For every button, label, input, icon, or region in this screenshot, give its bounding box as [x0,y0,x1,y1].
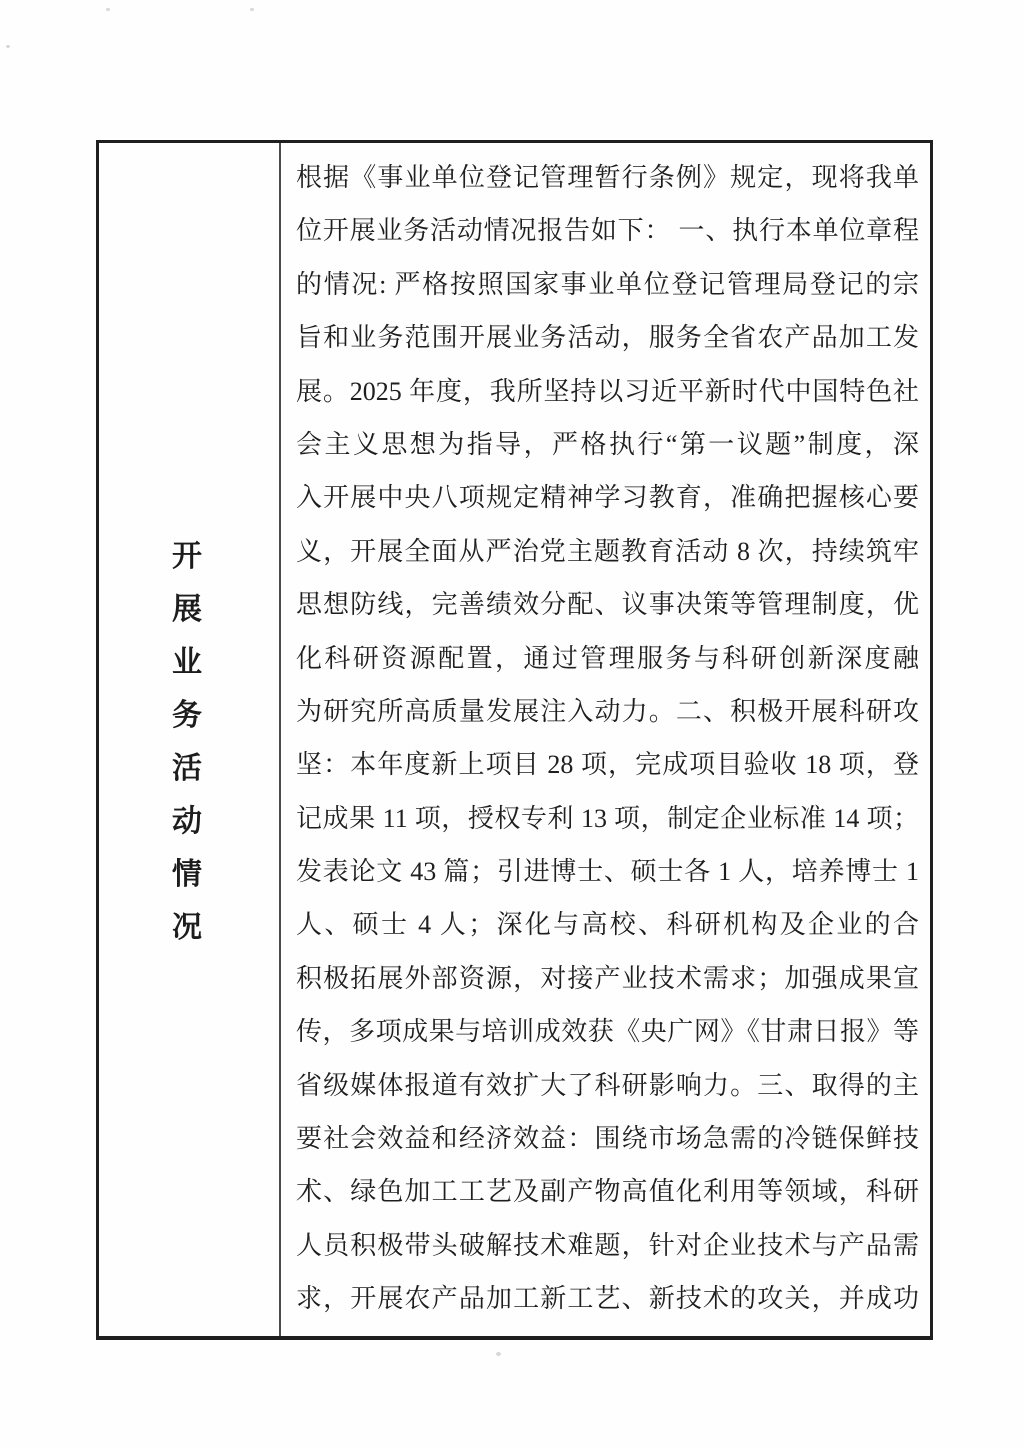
report-line: 记成果 11 项，授权专利 13 项，制定企业标准 14 项； [296,792,919,845]
row-header-char: 业 [172,648,202,678]
scan-speck [106,8,110,11]
report-line: 坚：本年度新上项目 28 项，完成项目验收 18 项，登 [296,738,919,791]
report-line: 术、绿色加工工艺及副产物高值化利用等领域，科研 [296,1165,919,1218]
report-line: 为研究所高质量发展注入动力。二、积极开展科研攻 [296,685,919,738]
report-line: 积极拓展外部资源，对接产业技术需求；加强成果宣 [296,952,919,1005]
report-line: 发表论文 43 篇；引进博士、硕士各 1 人，培养博士 1 [296,845,919,898]
row-header-label: 开 展 业 务 活 动 情 况 [99,542,275,943]
report-line: 传，多项成果与培训成效获《央广网》《甘肃日报》等 [296,1005,919,1058]
report-table: 开 展 业 务 活 动 情 况 根据《事业单位登记管理暂行条例》规定，现将我单 … [96,140,933,1340]
row-header-char: 开 [172,542,202,572]
report-line: 人、硕士 4 人；深化与高校、科研机构及企业的合作， [296,898,919,951]
report-line: 思想防线，完善绩效分配、议事决策等管理制度，优 [296,578,919,631]
row-header-char: 活 [172,754,202,784]
document-page: 开 展 业 务 活 动 情 况 根据《事业单位登记管理暂行条例》规定，现将我单 … [0,0,1024,1447]
report-line: 位开展业务活动情况报告如下： 一、执行本单位章程 [296,204,919,257]
report-line: 人员积极带头破解技术难题，针对企业技术与产品需 [296,1219,919,1272]
report-line: 会主义思想为指导，严格执行“第一议题”制度，深 [296,418,919,471]
row-header-char: 况 [172,913,202,943]
report-line: 要社会效益和经济效益：围绕市场急需的冷链保鲜技 [296,1112,919,1165]
row-header-char: 展 [172,595,202,625]
row-header-char: 务 [172,701,202,731]
scan-speck [6,45,10,48]
scan-speck [496,1352,501,1356]
report-line: 化科研资源配置，通过管理服务与科研创新深度融合， [296,632,919,685]
report-line: 展。2025 年度，我所坚持以习近平新时代中国特色社 [296,365,919,418]
report-line: 根据《事业单位登记管理暂行条例》规定，现将我单 [296,151,919,204]
report-line: 旨和业务范围开展业务活动，服务全省农产品加工发 [296,311,919,364]
row-header-char: 动 [172,807,202,837]
report-content-cell: 根据《事业单位登记管理暂行条例》规定，现将我单 位开展业务活动情况报告如下： 一… [281,143,930,1336]
report-line: 求，开展农产品加工新工艺、新技术的攻关，并成功 [296,1272,919,1325]
report-line: 入开展中央八项规定精神学习教育，准确把握核心要 [296,471,919,524]
scan-speck [250,8,254,11]
report-line: 省级媒体报道有效扩大了科研影响力。三、取得的主 [296,1059,919,1112]
report-line: 的情况: 严格按照国家事业单位登记管理局登记的宗 [296,258,919,311]
report-line: 义，开展全面从严治党主题教育活动 8 次，持续筑牢 [296,525,919,578]
row-header-cell: 开 展 业 务 活 动 情 况 [99,143,281,1336]
row-header-char: 情 [172,860,202,890]
